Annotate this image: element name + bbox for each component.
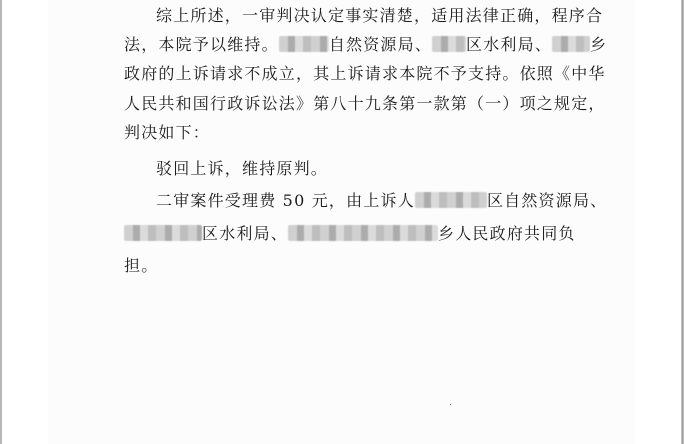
ruling-line: 驳回上诉，维持原判。: [156, 158, 328, 180]
text-segment: 乡人民政府共同负: [438, 224, 576, 243]
document-viewer: 综上所述，一审判决认定事实清楚，适用法律正确，程序合 法，本院予以维持。自然资源…: [0, 0, 684, 444]
fee-line-2: 区水利局、乡人民政府共同负: [124, 223, 576, 245]
redaction-block: [124, 225, 202, 241]
text-segment: 自然资源局、: [329, 35, 432, 54]
text-segment: 区自然资源局、: [487, 191, 607, 210]
text-segment: 法，本院予以维持。: [124, 35, 279, 54]
redaction-block: [432, 36, 466, 52]
text-line-5: 判决如下：: [124, 122, 210, 144]
fee-line-1: 二审案件受理费 50 元，由上诉人区自然资源局、: [156, 190, 607, 212]
scan-speck: [450, 404, 451, 405]
redaction-block: [415, 192, 487, 208]
page-border-left: [0, 0, 2, 444]
text-segment: 区水利局、: [202, 224, 288, 243]
redaction-block: [552, 36, 590, 52]
redaction-block: [279, 36, 329, 52]
text-line-1: 综上所述，一审判决认定事实清楚，适用法律正确，程序合: [156, 5, 603, 27]
text-line-3: 政府的上诉请求不成立，其上诉请求本院不予支持。依照《中华: [124, 63, 606, 85]
text-segment: 二审案件受理费 50 元，由上诉人: [156, 191, 415, 210]
text-segment: 区水利局、: [466, 35, 552, 54]
text-line-4: 人民共和国行政诉讼法》第八十九条第一款第（一）项之规定，: [124, 93, 606, 115]
text-segment: 乡: [590, 35, 607, 54]
text-line-2: 法，本院予以维持。自然资源局、区水利局、乡: [124, 34, 607, 56]
fee-line-3: 担。: [124, 255, 158, 277]
redaction-block: [288, 225, 438, 241]
